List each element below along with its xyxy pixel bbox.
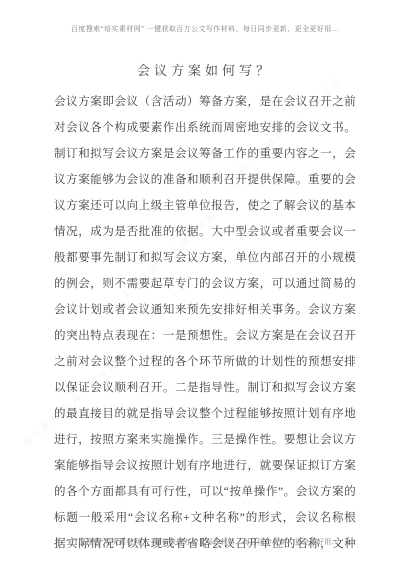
- header-notice: 百度搜索“培实素材网” 一键获取百万公文写作材料、每日同步更新、更全更好用…: [0, 24, 410, 34]
- text-line: 议方案还可以向上级主管单位报告，使之了解会议的基本: [54, 193, 356, 219]
- text-line: 之前对会议整个过程的各个环节所做的计划性的预想安排: [54, 349, 356, 375]
- text-line: 般都要事先制订和拟写会议方案，单位内部召开的小规模: [54, 245, 356, 271]
- text-line: 标题一般采用“会议名称+文种名称”的形式，会议名称根: [54, 505, 356, 531]
- text-line: 会议方案即会议（含活动）筹备方案，是在会议召开之前: [54, 89, 356, 115]
- text-line: 进行，按照方案来实施操作。三是操作性。要想让会议方: [54, 427, 356, 453]
- text-line: 案能够指导会议按照计划有序地进行，就要保证拟订方案: [54, 453, 356, 479]
- text-line: 以保证会议顺利召开。二是指导性。制订和拟写会议方案: [54, 375, 356, 401]
- page-title: 会议方案如何写？: [0, 60, 410, 79]
- text-line: 的各个方面都具有可行性，可以“按单操作”。会议方案的: [54, 479, 356, 505]
- text-line: 对会议各个构成要素作出系统而周密地安排的会议文书。: [54, 115, 356, 141]
- text-line: 制订和拟写会议方案是会议筹备工作的重要内容之一，会: [54, 141, 356, 167]
- text-line: 的最直接目的就是指导会议整个过程能够按照计划有序地: [54, 401, 356, 427]
- text-line: 议方案能够为会议的准备和顺利召开提供保障。重要的会: [54, 167, 356, 193]
- document-page: 培实素材网 每日同步更新 培实素材网 每日同步更新 培实素材网 每日同步更新 百…: [0, 0, 410, 580]
- text-line: 情况，成为是否批准的依据。大中型会议或者重要会议一: [54, 219, 356, 245]
- footer-notice: 百度搜索“培实素材网” 一键获取百万公文写作材料、每日同步更新、更全更好用…: [0, 537, 410, 547]
- text-line: 会议计划或者会议通知来预先安排好相关事务。会议方案: [54, 297, 356, 323]
- text-line: 的例会，则不需要起草专门的会议方案，可以通过简易的: [54, 271, 356, 297]
- text-line: 的突出特点表现在：一是预想性。会议方案是在会议召开: [54, 323, 356, 349]
- document-body: 会议方案即会议（含活动）筹备方案，是在会议召开之前对会议各个构成要素作出系统而周…: [54, 89, 356, 557]
